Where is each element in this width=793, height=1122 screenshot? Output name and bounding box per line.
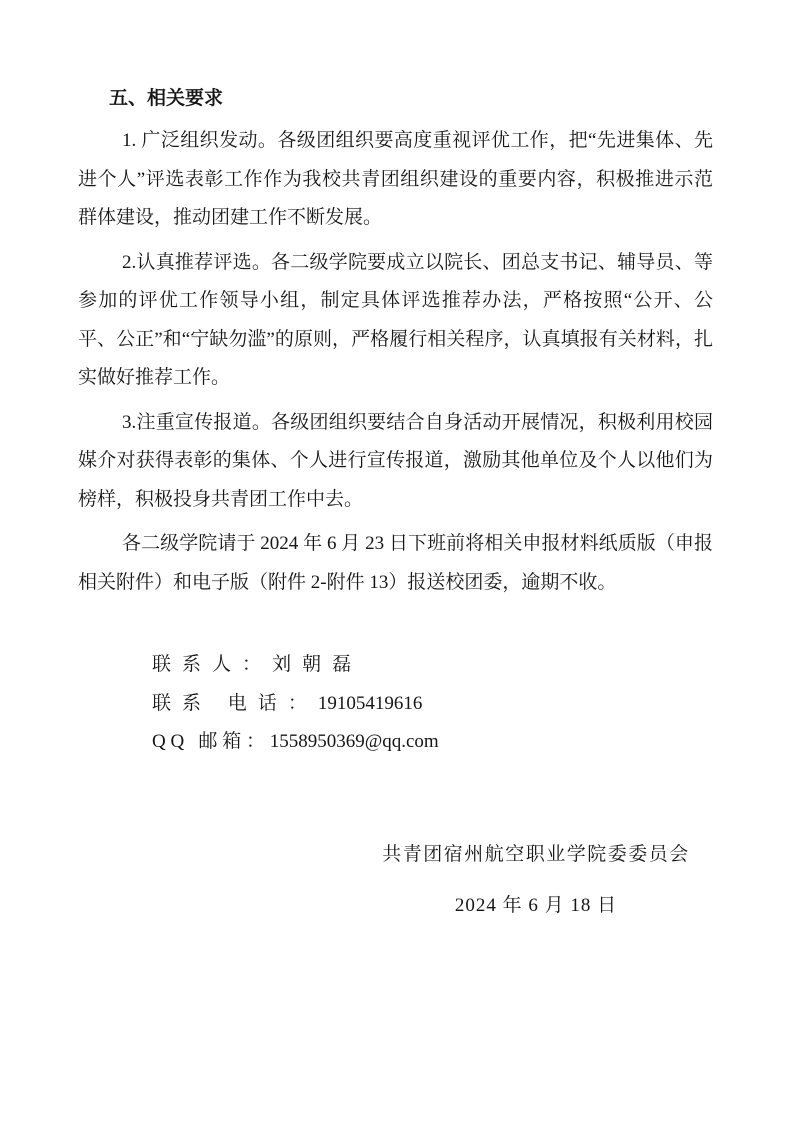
section-heading: 五、相关要求 — [78, 80, 713, 118]
contact-person-label: 联系人： — [152, 654, 272, 675]
contact-email-line: QQ 邮箱：1558950369@qq.com — [152, 723, 713, 762]
contact-email-label: QQ 邮箱： — [152, 731, 270, 752]
document-page: 五、相关要求 1. 广泛组织发动。各级团组织要高度重视评优工作，把“先进集体、先… — [0, 0, 793, 1122]
signature-date: 2024 年 6 月 18 日 — [380, 887, 692, 926]
signature-block: 共青团宿州航空职业学院委委员会 2024 年 6 月 18 日 — [380, 836, 692, 926]
signature-organization: 共青团宿州航空职业学院委委员会 — [380, 836, 692, 875]
paragraph-2: 2.认真推荐评选。各二级学院要成立以院长、团总支书记、辅导员、等参加的评优工作领… — [78, 244, 713, 398]
contact-person-line: 联系人：刘朝磊 — [152, 646, 713, 685]
contact-block: 联系人：刘朝磊 联系 电话：19105419616 QQ 邮箱：15589503… — [78, 646, 713, 762]
contact-email-value: 1558950369@qq.com — [270, 731, 439, 752]
contact-phone-label: 联系 电话： — [152, 693, 318, 714]
contact-person-value: 刘朝磊 — [272, 654, 362, 675]
contact-phone-value: 19105419616 — [318, 693, 423, 714]
paragraph-3: 3.注重宣传报道。各级团组织要结合自身活动开展情况，积极利用校园媒介对获得表彰的… — [78, 404, 713, 520]
paragraph-1: 1. 广泛组织发动。各级团组织要高度重视评优工作，把“先进集体、先进个人”评选表… — [78, 122, 713, 238]
contact-phone-line: 联系 电话：19105419616 — [152, 685, 713, 724]
paragraph-4-deadline: 各二级学院请于 2024 年 6 月 23 日下班前将相关申报材料纸质版（申报相… — [78, 525, 713, 602]
document-content: 五、相关要求 1. 广泛组织发动。各级团组织要高度重视评优工作，把“先进集体、先… — [78, 80, 713, 926]
